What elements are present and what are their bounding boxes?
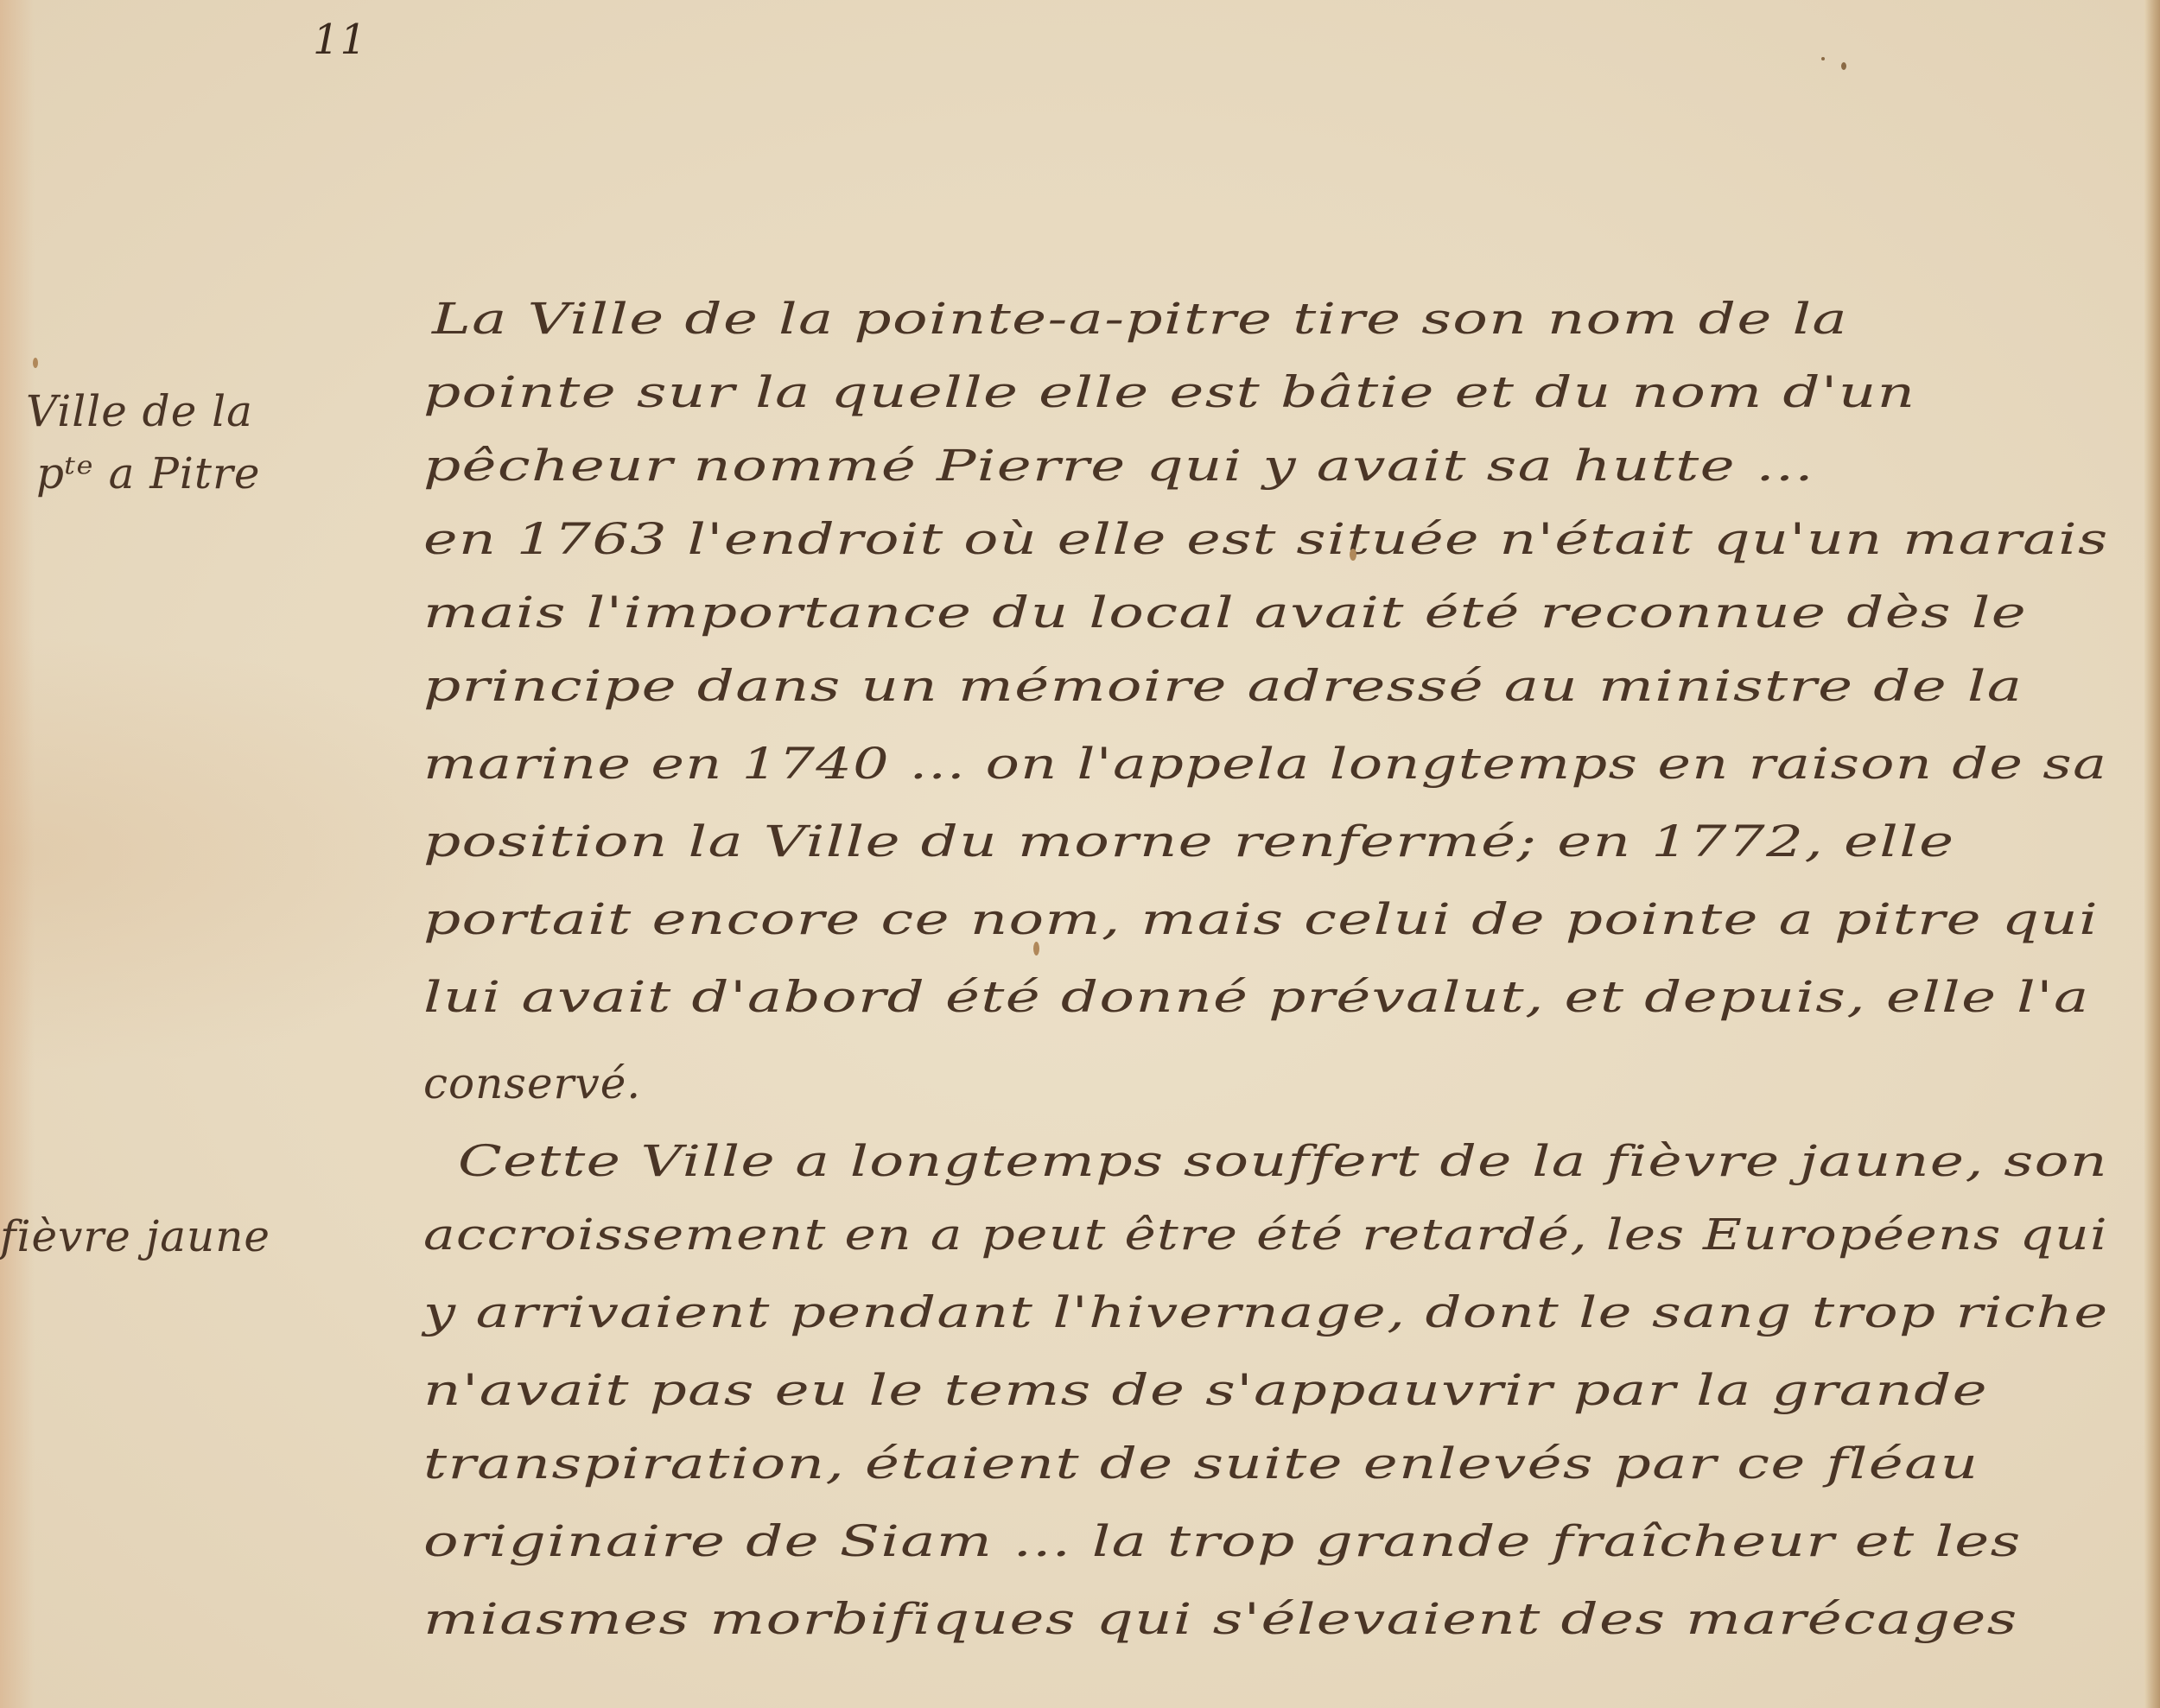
body-line-15: n'avait pas eu le tems de s'appauvrir pa… [423, 1365, 1988, 1415]
body-line-12-paragraph-start: Cette Ville a longtemps souffert de la f… [458, 1136, 2108, 1186]
margin-note-line: fièvre jaune [0, 1205, 270, 1267]
page-edge [2144, 0, 2160, 1708]
body-line-6: principe dans un mémoire adressé au mini… [423, 661, 2023, 711]
manuscript-page: 11 Ville de la pᵗᵉ a Pitre fièvre jaune … [0, 0, 2160, 1708]
body-line-4: en 1763 l'endroit où elle est située n'é… [423, 514, 2109, 564]
body-line-11: conservé. [423, 1058, 641, 1108]
margin-note-line: pᵗᵉ a Pitre [26, 442, 261, 505]
margin-note-fievre-jaune: fièvre jaune [0, 1205, 270, 1267]
foxing-spot [33, 358, 38, 368]
ink-speck [1821, 57, 1825, 60]
body-line-2: pointe sur la quelle elle est bâtie et d… [423, 367, 1915, 417]
ink-speck [1841, 62, 1846, 70]
body-line-13: accroissement en a peut être été retardé… [423, 1210, 2108, 1260]
body-line-17: originaire de Siam … la trop grande fraî… [423, 1516, 2022, 1566]
body-line-10: lui avait d'abord été donné prévalut, et… [423, 972, 2090, 1022]
page-gutter-shadow [0, 0, 35, 1708]
body-line-1: La Ville de la pointe-a-pitre tire son n… [432, 294, 1848, 344]
body-line-8: position la Ville du morne renfermé; en … [423, 816, 1954, 867]
page-number: 11 [313, 16, 367, 64]
body-line-5: mais l'importance du local avait été rec… [423, 587, 2027, 638]
margin-note-line: Ville de la [26, 380, 261, 442]
body-line-14: y arrivaient pendant l'hivernage, dont l… [423, 1287, 2109, 1337]
foxing-spot [1350, 549, 1356, 561]
body-line-3: pêcheur nommé Pierre qui y avait sa hutt… [423, 441, 1815, 491]
foxing-spot [1033, 942, 1039, 956]
body-line-7: marine en 1740 … on l'appela longtemps e… [423, 739, 2107, 789]
margin-note-ville-pointe-a-pitre: Ville de la pᵗᵉ a Pitre [26, 380, 261, 505]
body-line-18: miasmes morbifiques qui s'élevaient des … [423, 1594, 2018, 1644]
body-line-16: transpiration, étaient de suite enlevés … [423, 1438, 1979, 1489]
body-line-9: portait encore ce nom, mais celui de poi… [423, 894, 2099, 944]
